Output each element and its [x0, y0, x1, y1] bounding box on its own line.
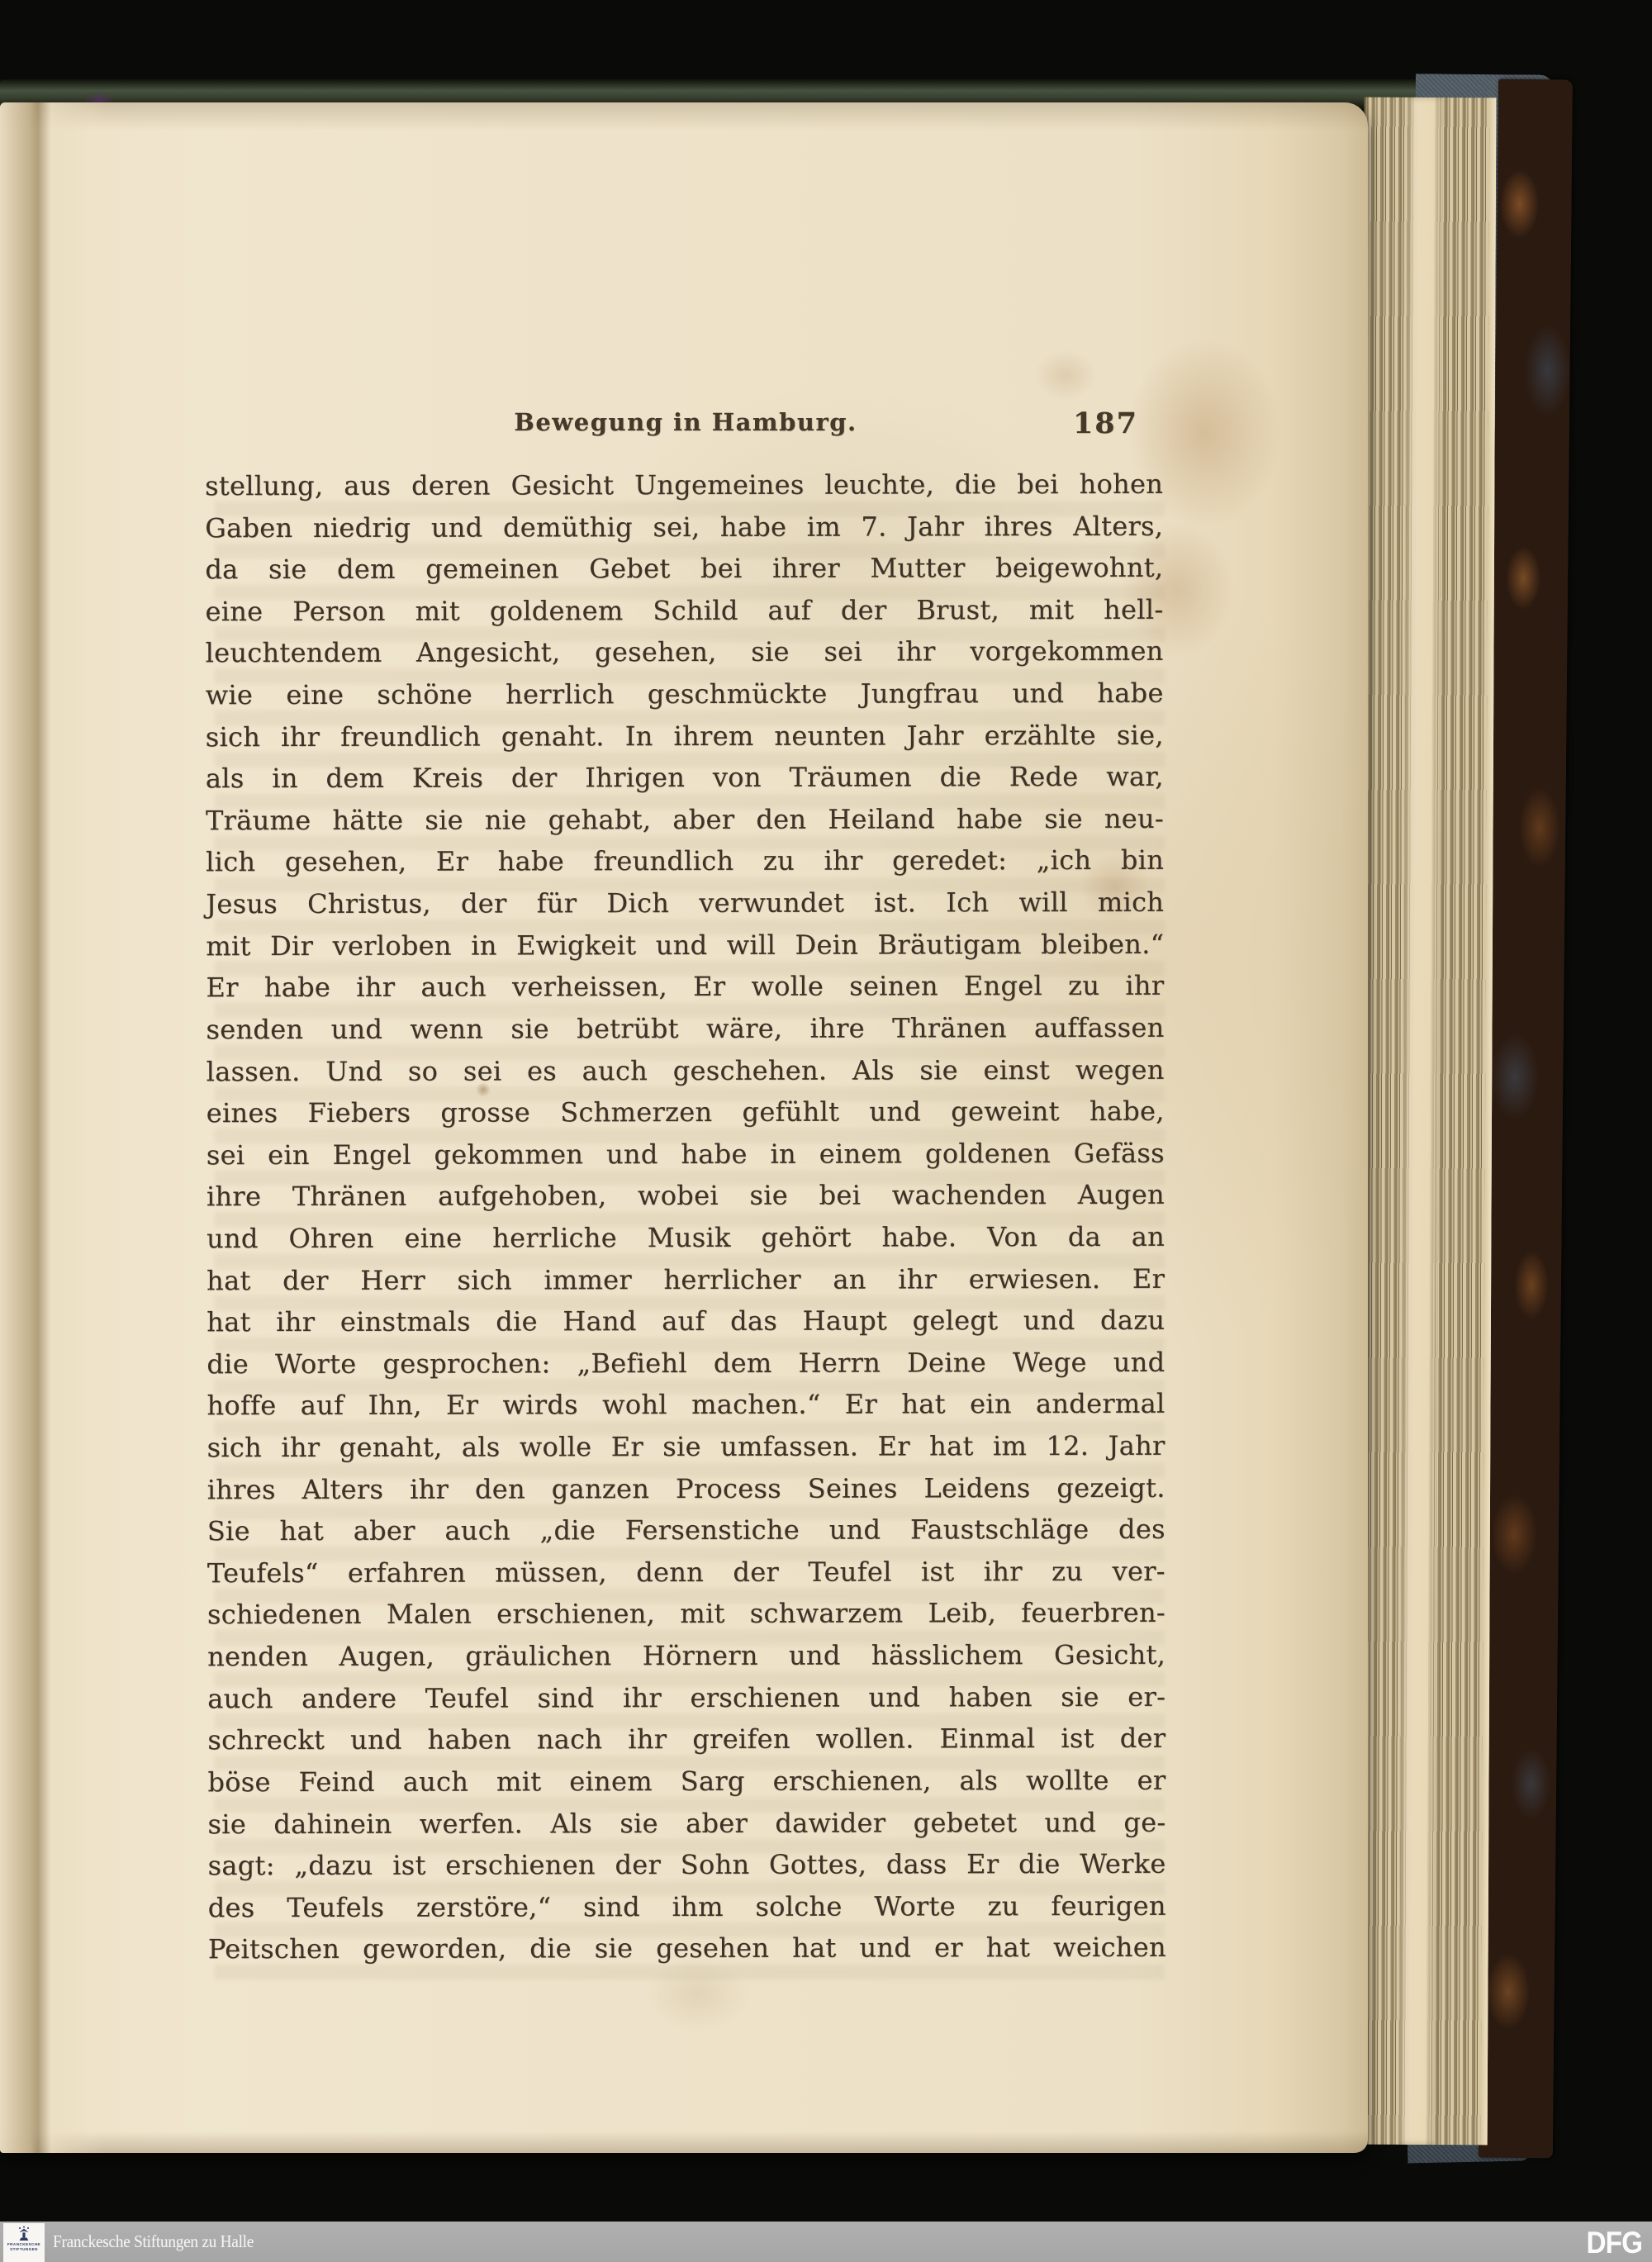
text-line: eine Person mit goldenem Schild auf der … — [205, 589, 1163, 633]
text-line: sei ein Engel gekommen und habe in einem… — [206, 1133, 1165, 1176]
text-line: und Ohren eine herrliche Musik gehört ha… — [206, 1216, 1165, 1260]
text-line: schreckt und haben nach ihr greifen woll… — [207, 1718, 1165, 1761]
text-line: Jesus Christus, der für Dich verwundet i… — [206, 882, 1164, 925]
text-line: Gaben niedrig und demüthig sei, habe im … — [205, 505, 1163, 549]
page-gutter-crease — [0, 102, 107, 2153]
text-line: sagt: „dazu ist erschienen der Sohn Gott… — [208, 1843, 1166, 1887]
text-line: leuchtendem Angesicht, gesehen, sie sei … — [206, 630, 1164, 674]
logo-caption-line2: STIFTUNGEN — [10, 2247, 38, 2252]
text-line: auch andere Teufel sind ihr erschienen u… — [207, 1675, 1165, 1719]
text-line: Peitschen geworden, die sie gesehen hat … — [208, 1927, 1166, 1970]
text-line: ihres Alters ihr den ganzen Process Sein… — [207, 1466, 1165, 1510]
footer-bar: FRANCKESCHE STIFTUNGEN Franckesche Stift… — [0, 2222, 1652, 2262]
book-page-edges — [1355, 97, 1497, 2146]
text-line: eines Fiebers grosse Schmerzen gefühlt u… — [206, 1091, 1165, 1134]
text-line: da sie dem gemeinen Gebet bei ihrer Mutt… — [205, 547, 1163, 591]
photo-background: Bewegung in Hamburg. 187 stellung, aus d… — [0, 0, 1652, 2262]
text-line: Er habe ihr auch verheissen, Er wolle se… — [206, 965, 1164, 1009]
text-line: sie dahinein werfen. Als sie aber dawide… — [207, 1801, 1165, 1845]
institution-label: Franckesche Stiftungen zu Halle — [53, 2222, 254, 2262]
franckesche-logo: FRANCKESCHE STIFTUNGEN — [3, 2223, 45, 2262]
book-page: Bewegung in Hamburg. 187 stellung, aus d… — [0, 102, 1368, 2153]
franckesche-emblem-icon — [15, 2226, 33, 2242]
text-line: mit Dir verloben in Ewigkeit und will De… — [206, 923, 1164, 967]
text-line: hat ihr einstmals die Hand auf das Haupt… — [206, 1300, 1165, 1343]
text-line: sich ihr freundlich genaht. In ihrem neu… — [206, 714, 1164, 758]
text-line: nenden Augen, gräulichen Hörnern und häs… — [207, 1634, 1165, 1678]
text-block: stellung, aus deren Gesicht Ungemeines l… — [205, 463, 1166, 1970]
page-number: 187 — [206, 406, 1138, 440]
text-line: lassen. Und so sei es auch geschehen. Al… — [206, 1048, 1165, 1092]
text-line: stellung, aus deren Gesicht Ungemeines l… — [205, 463, 1163, 507]
text-line: hoffe auf Ihn, Er wirds wohl machen.“ Er… — [206, 1383, 1165, 1427]
text-line: die Worte gesprochen: „Befiehl dem Herrn… — [206, 1342, 1165, 1385]
page-edge-highlight — [1398, 97, 1444, 2145]
text-line: senden und wenn sie betrübt wäre, ihre T… — [206, 1007, 1164, 1051]
text-line: Sie hat aber auch „die Fersenstiche und … — [207, 1509, 1165, 1552]
dfg-logo: DFG — [1586, 2222, 1642, 2262]
text-line: lich gesehen, Er habe freundlich zu ihr … — [206, 839, 1164, 883]
text-line: Träume hätte sie nie gehabt, aber den He… — [206, 798, 1164, 842]
text-line: sich ihr genaht, als wolle Er sie umfass… — [207, 1425, 1165, 1469]
text-line: ihre Thränen aufgehoben, wobei sie bei w… — [206, 1174, 1165, 1218]
text-line: als in dem Kreis der Ihrigen von Träumen… — [206, 756, 1164, 800]
text-line: Teufels“ erfahren müssen, denn der Teufe… — [207, 1551, 1165, 1594]
text-line: wie eine schöne herrlich geschmückte Jun… — [206, 672, 1164, 716]
text-line: des Teufels zerstöre,“ sind ihm solche W… — [208, 1885, 1166, 1929]
text-line: hat der Herr sich immer herrlicher an ih… — [206, 1257, 1165, 1301]
text-line: schiedenen Malen erschienen, mit schwarz… — [207, 1592, 1165, 1636]
text-line: böse Feind auch mit einem Sarg erschiene… — [207, 1760, 1165, 1803]
